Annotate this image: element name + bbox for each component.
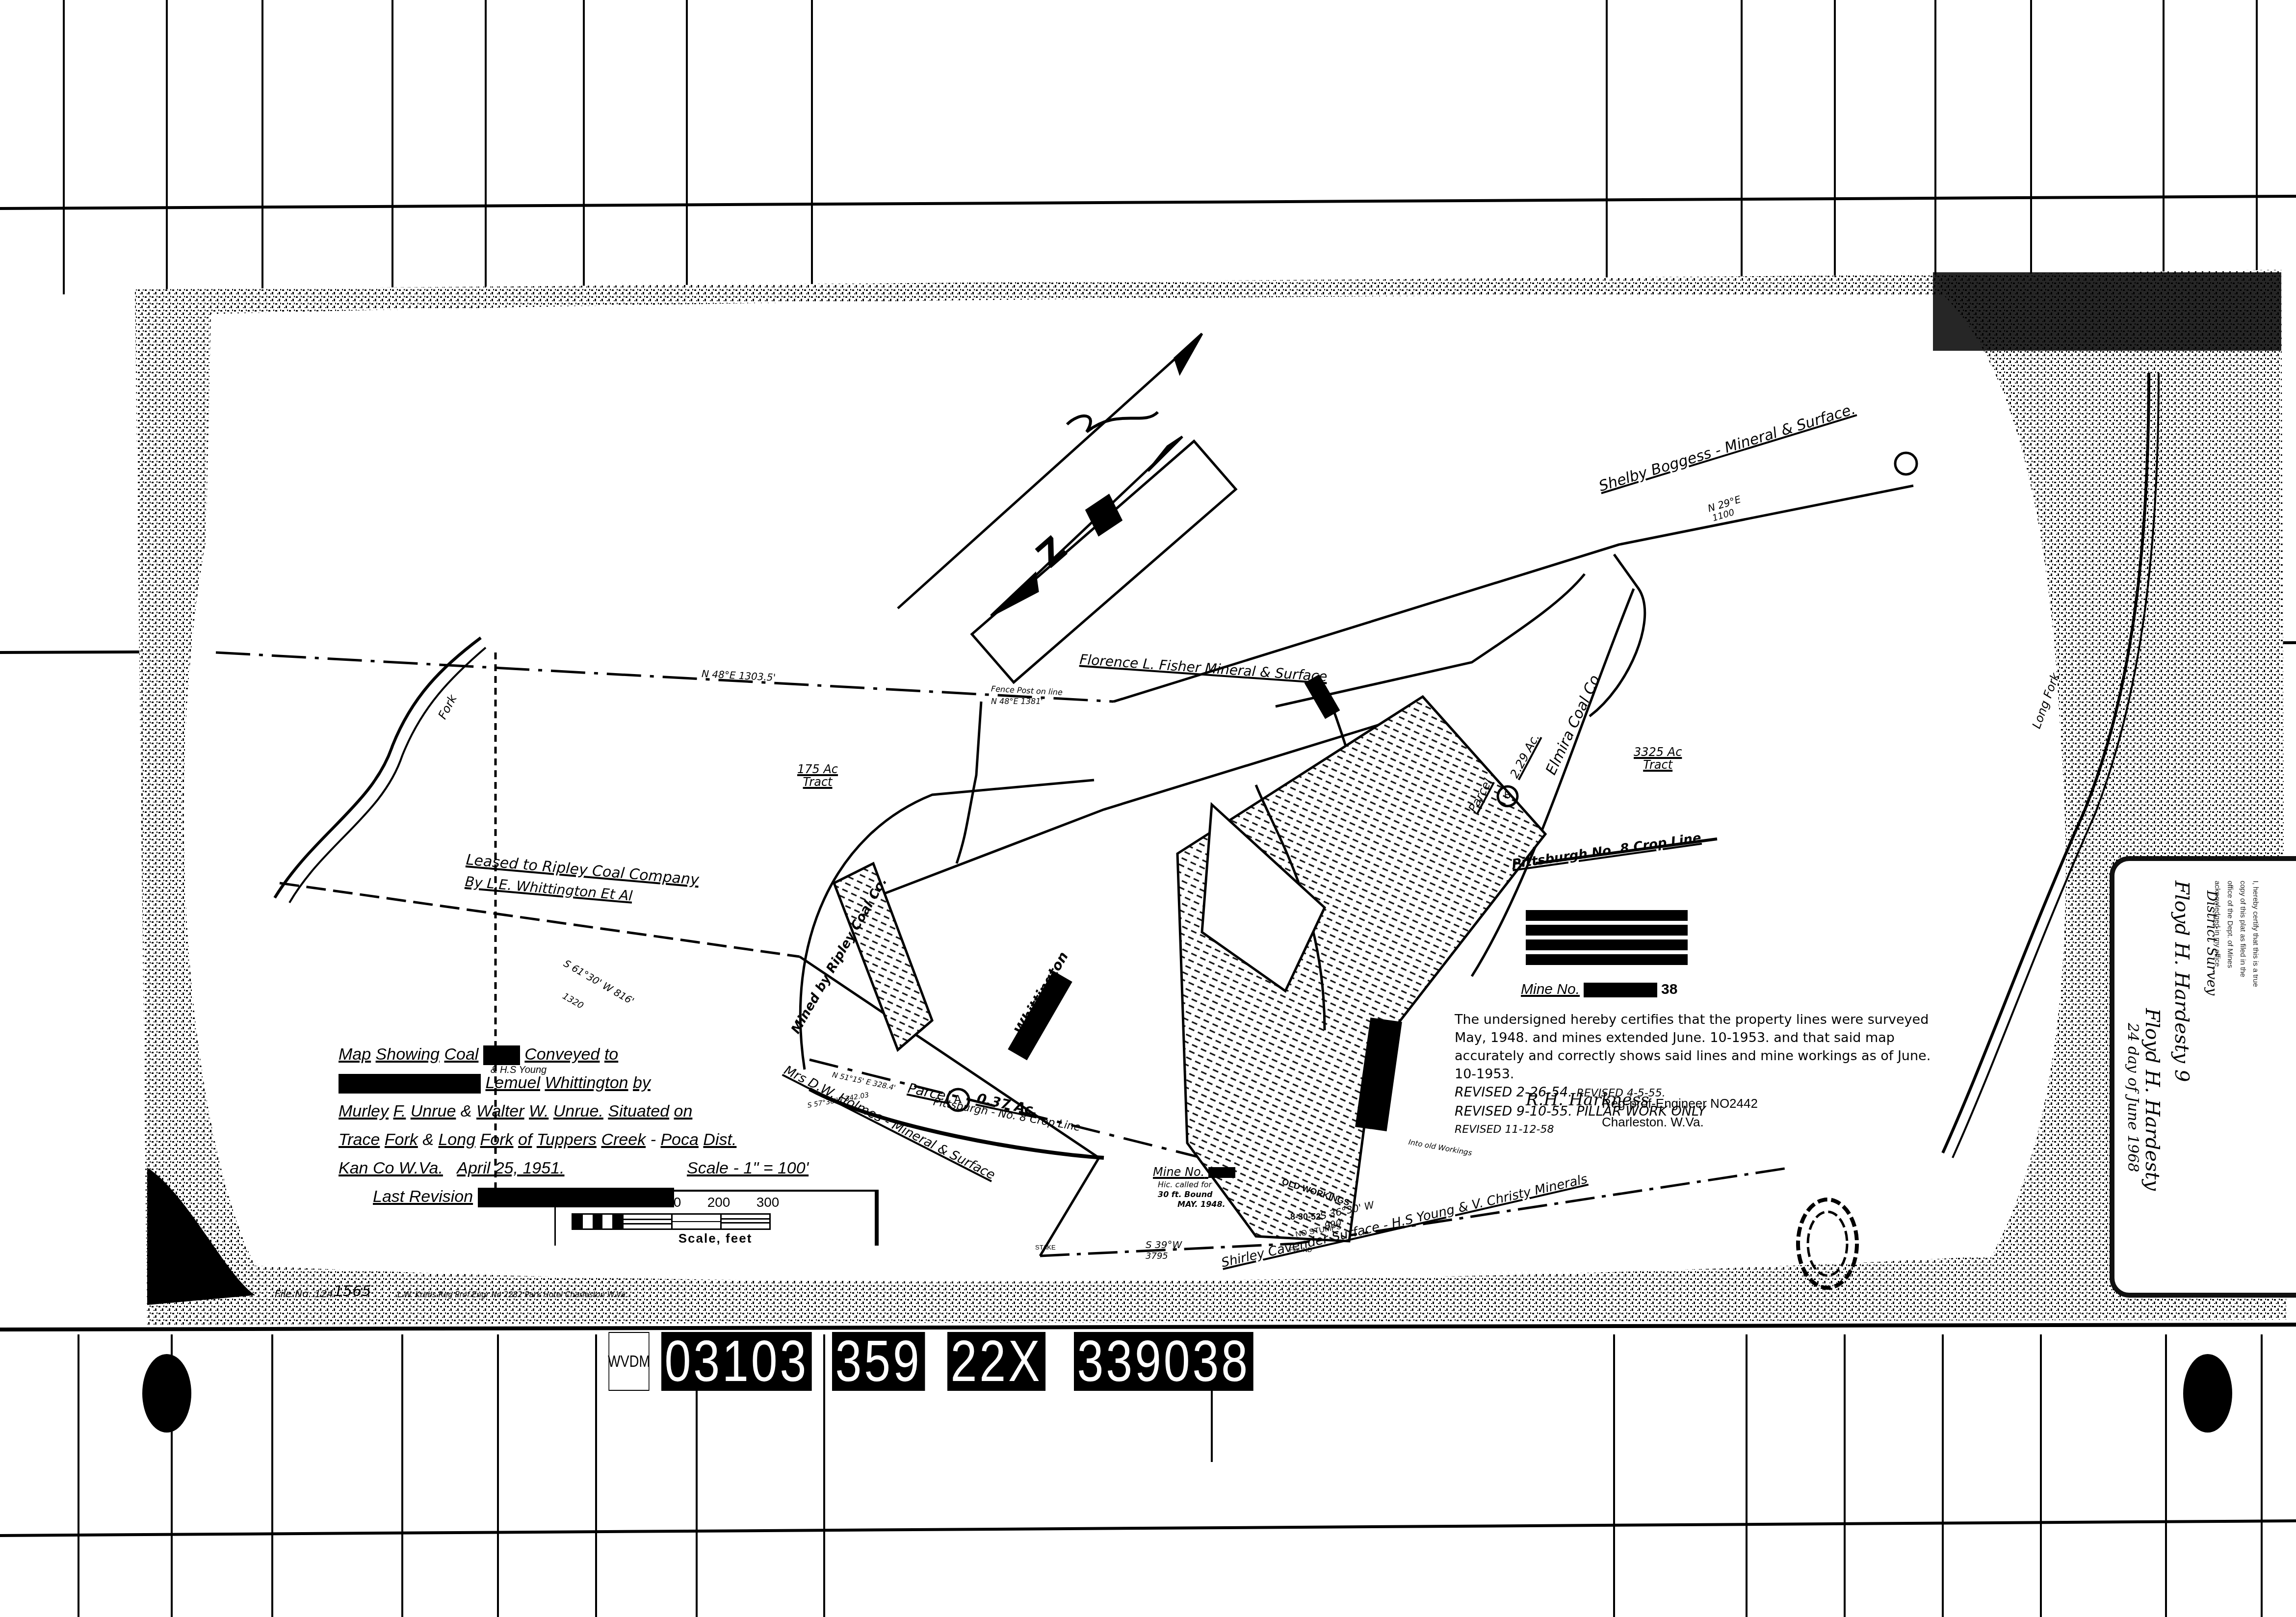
reel-block-2: 359 <box>832 1332 925 1391</box>
map-scale-text: Scale - 1" = 100' <box>687 1159 809 1177</box>
mine-no-left-label: Mine No. <box>1153 1165 1235 1179</box>
redaction-bar <box>339 1074 481 1094</box>
drafting-engineer-line: L.W. Krebs Reg Prof Engr No 2282 Park Ho… <box>397 1290 627 1299</box>
reel-block-1: 03103 <box>661 1332 812 1391</box>
reel-block-4: 339038 <box>1074 1332 1253 1391</box>
certification-statement: The undersigned hereby certifies that th… <box>1455 1011 1945 1083</box>
certification-stamp-card: I, hereby certify that this is a true co… <box>2110 856 2296 1298</box>
redacted-note-block <box>1526 910 1688 969</box>
scale-bar-graphic <box>572 1213 771 1230</box>
tract-label-3325: 3325 Ac Tract <box>1634 746 1682 771</box>
microfilm-reel-id: WVDM 03103 359 22X 339038 <box>603 1332 1293 1391</box>
scale-bar: 100 0 100 200 300 Scale, feet <box>554 1190 879 1246</box>
microfilm-frame: Z <box>0 0 2296 1617</box>
stamp-signature-1: Floyd H. Hardesty 9 <box>2170 881 2193 1082</box>
film-sprocket-right-icon <box>2183 1354 2232 1433</box>
stamp-district-survey: District Survey <box>2204 890 2220 995</box>
reel-block-3: 22X <box>947 1332 1045 1391</box>
tract-label-175: 175 Ac Tract <box>797 763 838 788</box>
engineer-credentials: Reg-prof-Engineer NO2442 Charleston. W.V… <box>1602 1094 1758 1131</box>
mine-number: Mine No.38 <box>1521 981 1677 998</box>
redaction-bar <box>1584 983 1657 997</box>
mine-no-note-2: 30 ft. Bound <box>1158 1190 1213 1199</box>
title-line-3: Murley F. Unrue & Walter W. Unrue. Situa… <box>339 1097 868 1125</box>
map-date: April 25, 1951. <box>457 1159 564 1177</box>
old-workings-date: 8-30-52 <box>1290 1212 1321 1222</box>
title-line-4: Trace Fork & Long Fork of Tuppers Creek … <box>339 1125 868 1154</box>
parcel-b-id: B <box>1504 790 1511 801</box>
reel-tag: WVDM <box>608 1332 649 1391</box>
film-sprocket-left-icon <box>142 1354 191 1433</box>
stamp-signature-2: Floyd H. Hardesty <box>2141 1008 2164 1191</box>
bearing-fence-distance: N 48°E 1381' <box>991 697 1043 706</box>
stamp-date: 24 day of June 1968 <box>2124 1023 2141 1172</box>
stake-marker-label: STAKE <box>1035 1244 1056 1251</box>
mine-no-note-3: MAY. 1948. <box>1177 1200 1226 1209</box>
file-number-handwritten: 1565 <box>334 1283 371 1300</box>
bearing-s39w: S 39°W <box>1146 1239 1182 1251</box>
file-number: File No. 124 <box>275 1288 333 1300</box>
title-line-5: Kan Co W.Va. April 25, 1951. Scale - 1" … <box>339 1154 868 1182</box>
mine-no-note: Hic. called for <box>1158 1180 1212 1189</box>
bearing-s39w-distance: 3795 <box>1146 1251 1168 1261</box>
redaction-bar <box>1208 1167 1235 1178</box>
found-marker-label: FOUND <box>1289 1246 1312 1253</box>
